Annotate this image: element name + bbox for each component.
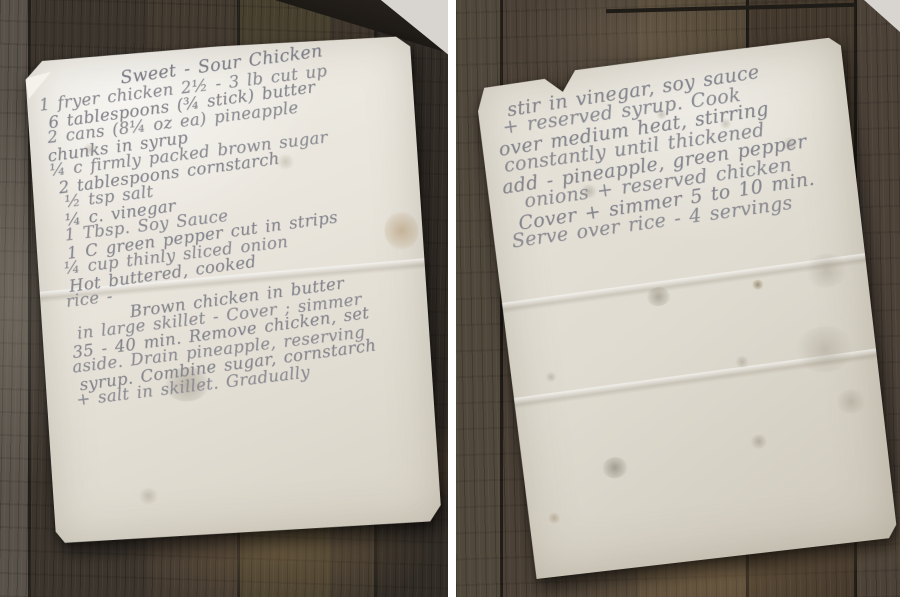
paper-stain — [547, 512, 562, 525]
paper-stain — [601, 456, 629, 480]
paper-stain — [751, 279, 764, 290]
photo-right: stir in vinegar, soy sauce + reserved sy… — [456, 0, 900, 597]
photo-left: Sweet - Sour Chicken 1 fryer chicken 2½ … — [0, 0, 448, 597]
paper-stain — [544, 371, 557, 382]
paper-stain — [835, 388, 868, 415]
paper-sheet: stir in vinegar, soy sauce + reserved sy… — [474, 37, 897, 580]
paper-stain — [645, 286, 671, 308]
handwriting-front: Sweet - Sour Chicken 1 fryer chicken 2½ … — [34, 31, 439, 405]
recipe-paper-front: Sweet - Sour Chicken 1 fryer chicken 2½ … — [24, 34, 441, 547]
paper-stain — [137, 487, 160, 504]
handwriting-back: stir in vinegar, soy sauce + reserved sy… — [489, 48, 861, 249]
recipe-paper-back: stir in vinegar, soy sauce + reserved sy… — [474, 37, 897, 580]
paper-sheet: Sweet - Sour Chicken 1 fryer chicken 2½ … — [24, 34, 441, 547]
paper-stain — [749, 434, 768, 450]
